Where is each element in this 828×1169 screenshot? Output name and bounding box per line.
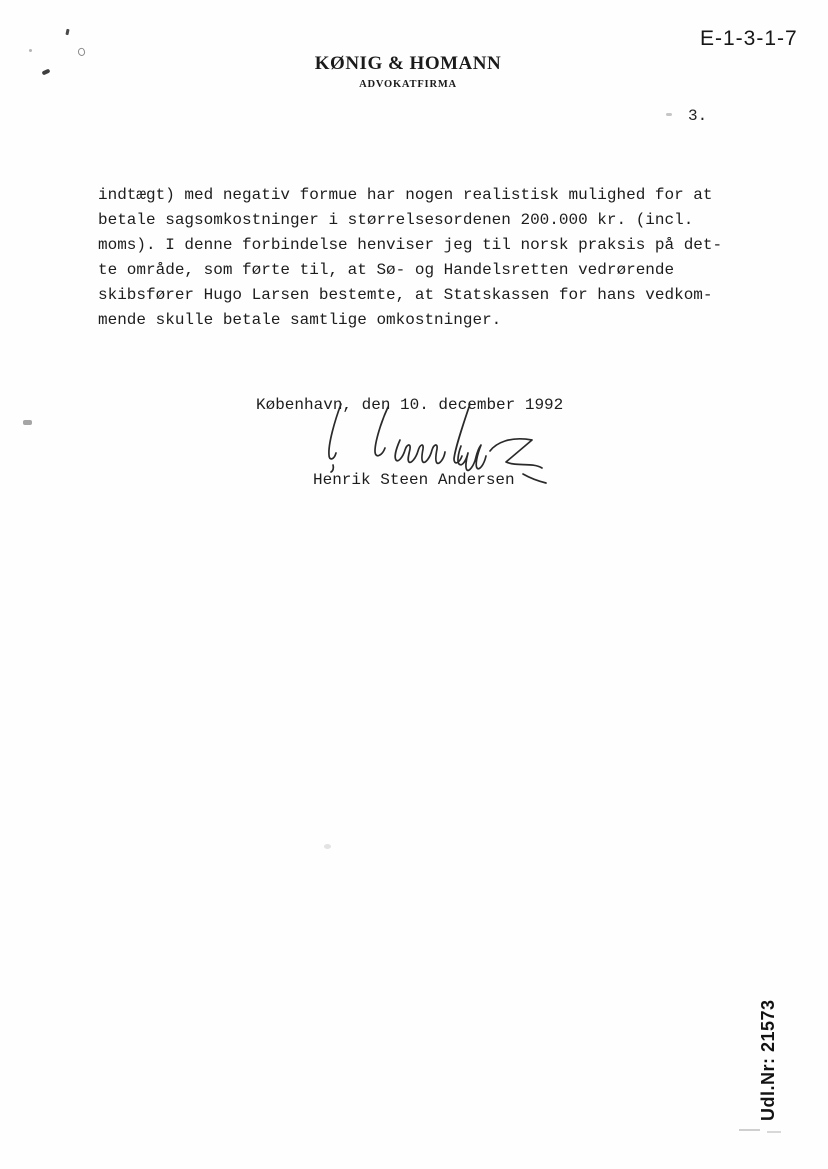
page-number: 3. (688, 107, 707, 125)
scan-speck (65, 29, 69, 35)
firm-name: KØNIG & HOMANN (308, 53, 508, 75)
signer-name: Henrik Steen Andersen (313, 471, 515, 489)
body-line: indtægt) med negativ formue har nogen re… (98, 183, 722, 208)
udl-number-stamp: Udl.Nr: 21573 (758, 999, 779, 1121)
scan-speck (767, 1131, 781, 1133)
body-line: betale sagsomkostninger i størrelsesorde… (98, 208, 722, 233)
body-paragraph: indtægt) med negativ formue har nogen re… (98, 183, 722, 333)
body-line: mende skulle betale samtlige omkostninge… (98, 308, 722, 333)
body-line: skibsfører Hugo Larsen bestemte, at Stat… (98, 283, 722, 308)
firm-subtitle: ADVOKATFIRMA (308, 79, 508, 90)
scan-speck (42, 68, 51, 75)
document-page: E-1-3-1-7 KØNIG & HOMANN ADVOKATFIRMA 3.… (0, 0, 828, 1169)
scan-speck (324, 844, 331, 849)
scan-speck (77, 47, 86, 57)
scan-speck (666, 113, 672, 116)
body-line: moms). I denne forbindelse henviser jeg … (98, 233, 722, 258)
letterhead: KØNIG & HOMANN ADVOKATFIRMA (308, 53, 508, 90)
scan-speck (29, 49, 32, 52)
scan-speck (739, 1129, 760, 1131)
reference-code: E-1-3-1-7 (700, 27, 798, 51)
body-line: te område, som førte til, at Sø- og Hand… (98, 258, 722, 283)
scan-speck (23, 420, 32, 425)
